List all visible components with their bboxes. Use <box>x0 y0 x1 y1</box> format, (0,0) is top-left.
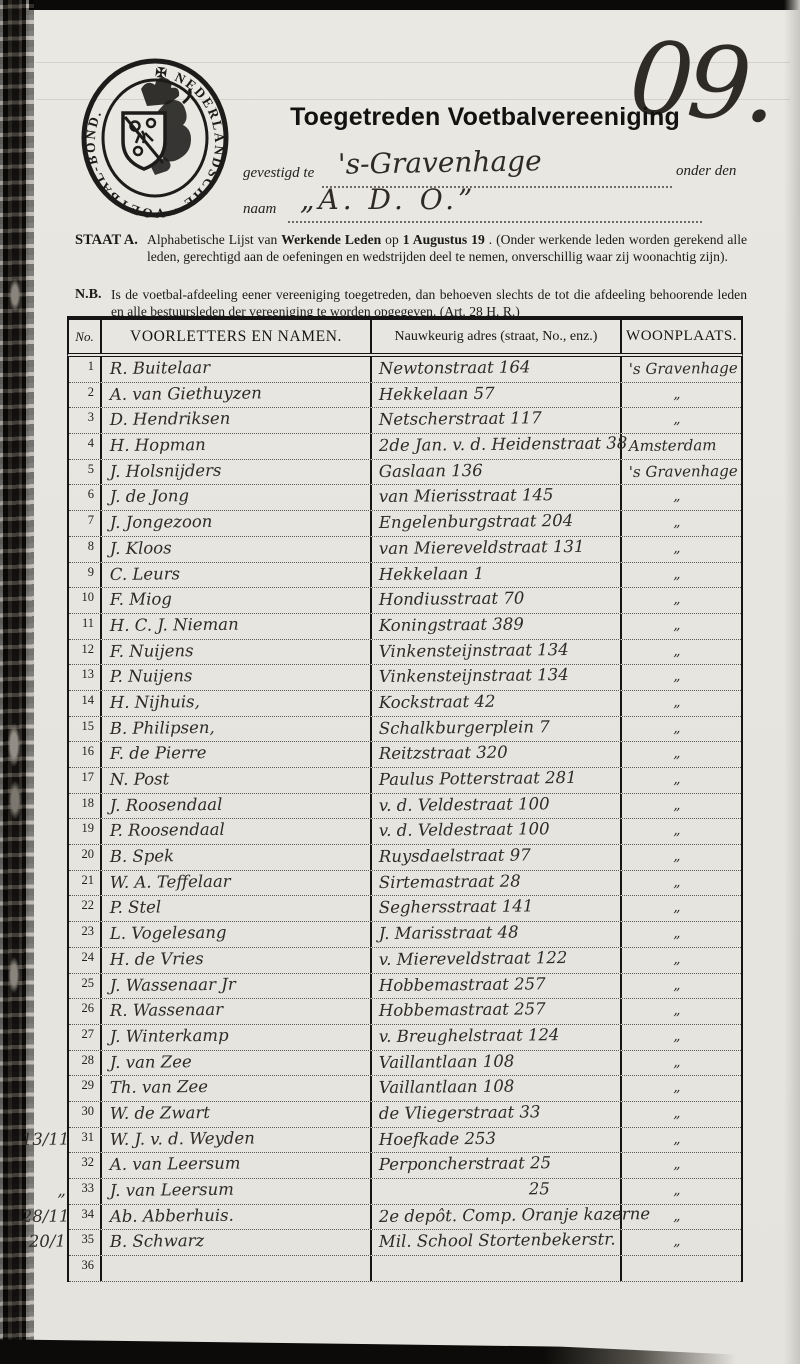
member-address: van Mierisstraat 145 <box>379 483 620 510</box>
member-address: Hobbemastraat 257 <box>379 971 620 998</box>
column-header-names: VOORLETTERS EN NAMEN. <box>102 320 372 353</box>
table-row: 25 J. Wassenaar Jr Hobbemastraat 257 „ <box>69 974 741 1000</box>
member-place: „ <box>629 1024 741 1049</box>
member-address: v. Miereveldstraat 122 <box>379 945 620 972</box>
member-place: „ <box>629 484 741 509</box>
table-body: 1 R. Buitelaar Newtonstraat 164 's Grave… <box>67 357 743 1282</box>
nvb-seal-stamp: ✠ NEDERLANDSCHE · VOETBAL-BOND. <box>79 57 231 220</box>
row-number: 20 <box>69 845 102 870</box>
member-name: W. de Zwart <box>110 1099 370 1126</box>
member-name: J. Winterkamp <box>110 1022 370 1049</box>
table-row: 30 W. de Zwart de Vliegerstraat 33 „ <box>69 1102 741 1128</box>
staat-a-paragraph: STAAT A. Alphabetische Lijst van Werkend… <box>75 231 747 266</box>
member-place: „ <box>629 613 741 638</box>
margin-date-note: 28/11 <box>22 1204 66 1228</box>
table-row: 36 <box>69 1256 741 1282</box>
row-number: 8 <box>69 537 102 562</box>
member-address: Perponcherstraat 25 <box>379 1151 620 1178</box>
table-row: 3 D. Hendriksen Netscherstraat 117 „ <box>69 408 741 434</box>
member-place: „ <box>629 1049 741 1074</box>
dotted-blank-line <box>288 221 702 223</box>
table-row: 19 P. Roosendaal v. d. Veldestraat 100 „ <box>69 819 741 845</box>
member-name: F. Nuijens <box>110 637 370 664</box>
member-name: B. Spek <box>110 842 370 869</box>
table-row: 12 F. Nuijens Vinkensteijnstraat 134 „ <box>69 640 741 666</box>
member-place: Amsterdam <box>629 433 741 458</box>
row-number: 17 <box>69 768 102 793</box>
member-address: Mil. School Stortenbekerstr. <box>379 1228 620 1255</box>
member-place: „ <box>629 870 741 895</box>
member-address: Hondiusstraat 70 <box>379 586 620 613</box>
table-row: „ 33 J. van Leersum 25 „ <box>69 1179 741 1205</box>
member-address: Gaslaan 136 <box>379 457 620 484</box>
column-header-no: No. <box>69 320 102 353</box>
member-address: Vaillantlaan 108 <box>379 1074 620 1101</box>
member-address: Hoefkade 253 <box>379 1125 620 1152</box>
row-number: 27 <box>69 1025 102 1050</box>
column-header-place: WOONPLAATS. <box>622 320 741 353</box>
members-table: No. VOORLETTERS EN NAMEN. Nauwkeurig adr… <box>67 316 743 1282</box>
member-place: „ <box>629 741 741 766</box>
member-place: „ <box>629 1126 741 1151</box>
table-row: 11 H. C. J. Nieman Koningstraat 389 „ <box>69 614 741 640</box>
member-name: J. van Leersum <box>110 1176 370 1203</box>
column-header-address: Nauwkeurig adres (straat, No., enz.) <box>372 320 622 353</box>
member-name: R. Buitelaar <box>110 354 370 381</box>
staat-a-bold-part: 1 Augustus 19 <box>403 232 485 247</box>
table-row: 21 W. A. Teffelaar Sirtemastraat 28 „ <box>69 871 741 897</box>
member-name: H. Hopman <box>110 431 370 458</box>
member-address: Netscherstraat 117 <box>379 406 620 433</box>
member-address: Hekkelaan 1 <box>379 560 620 587</box>
row-number: 2 <box>69 383 102 408</box>
table-row: 16 F. de Pierre Reitzstraat 320 „ <box>69 742 741 768</box>
handwritten-club-name: „A. D. O.” <box>300 183 476 216</box>
table-row: 2 A. van Giethuyzen Hekkelaan 57 „ <box>69 383 741 409</box>
table-row: 22 P. Stel Seghersstraat 141 „ <box>69 896 741 922</box>
table-row: 13/11 31 W. J. v. d. Weyden Hoefkade 253… <box>69 1128 741 1154</box>
member-address: Vinkensteijnstraat 134 <box>379 637 620 664</box>
row-number: 34 <box>69 1205 102 1230</box>
member-name: W. A. Teffelaar <box>110 868 370 895</box>
member-address: Paulus Potterstraat 281 <box>379 765 620 792</box>
member-address: 2e depôt. Comp. Oranje kazerne <box>379 1202 620 1229</box>
row-number: 7 <box>69 511 102 536</box>
row-number: 29 <box>69 1076 102 1101</box>
row-number: 15 <box>69 717 102 742</box>
table-row: 24 H. de Vries v. Miereveldstraat 122 „ <box>69 948 741 974</box>
member-name: B. Schwarz <box>110 1228 370 1255</box>
member-address: Hekkelaan 57 <box>379 380 620 407</box>
row-number: 4 <box>69 434 102 459</box>
member-address: v. d. Veldestraat 100 <box>379 817 620 844</box>
row-number: 3 <box>69 408 102 433</box>
table-row: 17 N. Post Paulus Potterstraat 281 „ <box>69 768 741 794</box>
member-place: „ <box>629 921 741 946</box>
row-number: 6 <box>69 485 102 510</box>
member-name: J. de Jong <box>110 483 370 510</box>
table-row: 13 P. Nuijens Vinkensteijnstraat 134 „ <box>69 665 741 691</box>
member-name: W. J. v. d. Weyden <box>110 1125 370 1152</box>
member-address: J. Marisstraat 48 <box>379 920 620 947</box>
staat-a-bold-part: Werkende Leden <box>281 232 381 247</box>
scanned-ledger-page: { "page": { "corner_number": "09.", "tit… <box>0 0 800 1364</box>
table-row: 28/11 34 Ab. Abberhuis. 2e depôt. Comp. … <box>69 1205 741 1231</box>
member-name: D. Hendriksen <box>110 406 370 433</box>
member-name: J. van Zee <box>110 1048 370 1075</box>
member-name: Th. van Zee <box>110 1074 370 1101</box>
row-number: 28 <box>69 1051 102 1076</box>
table-row: 6 J. de Jong van Mierisstraat 145 „ <box>69 485 741 511</box>
member-place: „ <box>629 947 741 972</box>
member-place: „ <box>629 818 741 843</box>
row-number: 33 <box>69 1179 102 1204</box>
row-number: 10 <box>69 588 102 613</box>
row-number: 13 <box>69 665 102 690</box>
table-row: 5 J. Holsnijders Gaslaan 136 's Gravenha… <box>69 460 741 486</box>
member-place: „ <box>629 510 741 535</box>
table-row: 1 R. Buitelaar Newtonstraat 164 's Grave… <box>69 357 741 383</box>
table-row: 23 L. Vogelesang J. Marisstraat 48 „ <box>69 922 741 948</box>
member-address: Hobbemastraat 257 <box>379 997 620 1024</box>
onder-den-label: onder den <box>676 163 736 180</box>
member-place: „ <box>629 536 741 561</box>
member-address: Schalkburgerplein 7 <box>379 714 620 741</box>
member-address: Ruysdaelstraat 97 <box>379 843 620 870</box>
member-name: H. C. J. Nieman <box>110 611 370 638</box>
member-place: 's Gravenhage <box>629 459 741 484</box>
row-number: 36 <box>69 1256 102 1281</box>
member-name: A. van Leersum <box>110 1151 370 1178</box>
member-place: „ <box>629 638 741 663</box>
member-place: „ <box>629 1204 741 1229</box>
member-name: P. Roosendaal <box>110 817 370 844</box>
member-name: J. Kloos <box>110 534 370 561</box>
member-name: J. Holsnijders <box>110 457 370 484</box>
member-address: Koningstraat 389 <box>379 611 620 638</box>
table-row: 20 B. Spek Ruysdaelstraat 97 „ <box>69 845 741 871</box>
member-address: Newtonstraat 164 <box>379 354 620 381</box>
member-name: F. Miog <box>110 585 370 612</box>
member-name: J. Jongezoon <box>110 508 370 535</box>
member-place: „ <box>629 1101 741 1126</box>
handwritten-city: 's-Gravenhage <box>338 144 542 181</box>
margin-date-note: 20/1 <box>22 1230 66 1254</box>
table-row: 26 R. Wassenaar Hobbemastraat 257 „ <box>69 999 741 1025</box>
member-name: Ab. Abberhuis. <box>110 1202 370 1229</box>
gevestigd-te-label: gevestigd te <box>243 165 314 182</box>
member-address: Sirtemastraat 28 <box>379 868 620 895</box>
seal-emblem-graphic: ✠ NEDERLANDSCHE · VOETBAL-BOND. <box>79 57 231 220</box>
table-row: 7 J. Jongezoon Engelenburgstraat 204 „ <box>69 511 741 537</box>
member-address: Reitzstraat 320 <box>379 740 620 767</box>
member-place: „ <box>629 1075 741 1100</box>
member-address: van Miereveldstraat 131 <box>379 534 620 561</box>
member-name: L. Vogelesang <box>110 919 370 946</box>
table-row: 10 F. Miog Hondiusstraat 70 „ <box>69 588 741 614</box>
member-name: B. Philipsen, <box>110 714 370 741</box>
member-place: „ <box>629 1152 741 1177</box>
member-address: v. Breughelstraat 124 <box>379 1022 620 1049</box>
member-place: „ <box>629 587 741 612</box>
member-place: „ <box>629 715 741 740</box>
table-row: 27 J. Winterkamp v. Breughelstraat 124 „ <box>69 1025 741 1051</box>
member-place: „ <box>629 1229 741 1254</box>
table-row: 14 H. Nijhuis, Kockstraat 42 „ <box>69 691 741 717</box>
table-row: 18 J. Roosendaal v. d. Veldestraat 100 „ <box>69 794 741 820</box>
row-number: 11 <box>69 614 102 639</box>
scan-right-edge <box>784 0 800 1364</box>
row-number: 24 <box>69 948 102 973</box>
book-binding <box>0 0 34 1364</box>
member-name: P. Stel <box>110 894 370 921</box>
scan-bottom-edge <box>0 1334 800 1364</box>
row-number: 21 <box>69 871 102 896</box>
row-number: 25 <box>69 974 102 999</box>
member-name: N. Post <box>110 765 370 792</box>
row-number: 16 <box>69 742 102 767</box>
staat-a-text: Alphabetische Lijst van Werkende Leden o… <box>147 231 747 266</box>
member-address: Seghersstraat 141 <box>379 894 620 921</box>
member-name: H. Nijhuis, <box>110 688 370 715</box>
member-name: R. Wassenaar <box>110 996 370 1023</box>
member-name: F. de Pierre <box>110 740 370 767</box>
member-place: „ <box>629 382 741 407</box>
member-place: „ <box>629 895 741 920</box>
member-place: „ <box>629 793 741 818</box>
naam-label: naam <box>243 201 276 218</box>
member-address: Vaillantlaan 108 <box>379 1048 620 1075</box>
member-place: „ <box>629 561 741 586</box>
row-number: 19 <box>69 819 102 844</box>
table-row: 15 B. Philipsen, Schalkburgerplein 7 „ <box>69 717 741 743</box>
member-place: „ <box>629 690 741 715</box>
member-place: „ <box>629 998 741 1023</box>
member-address: Vinkensteijnstraat 134 <box>379 663 620 690</box>
member-address: 25 <box>379 1176 620 1203</box>
member-place: „ <box>629 767 741 792</box>
handwritten-page-number: 09. <box>626 13 785 153</box>
row-number: 12 <box>69 640 102 665</box>
table-row: 9 C. Leurs Hekkelaan 1 „ <box>69 563 741 589</box>
row-number: 9 <box>69 563 102 588</box>
table-header-row: No. VOORLETTERS EN NAMEN. Nauwkeurig adr… <box>67 320 743 357</box>
scan-top-edge <box>0 0 800 10</box>
member-place: „ <box>629 972 741 997</box>
table-row: 32 A. van Leersum Perponcherstraat 25 „ <box>69 1153 741 1179</box>
form-title: Toegetreden Voetbalvereeniging <box>250 103 720 132</box>
row-number: 14 <box>69 691 102 716</box>
table-row: 4 H. Hopman 2de Jan. v. d. Heidenstraat … <box>69 434 741 460</box>
row-number: 1 <box>69 357 102 382</box>
table-row: 29 Th. van Zee Vaillantlaan 108 „ <box>69 1076 741 1102</box>
member-name: J. Roosendaal <box>110 791 370 818</box>
row-number: 5 <box>69 460 102 485</box>
member-place: „ <box>629 407 741 432</box>
row-number: 32 <box>69 1153 102 1178</box>
member-place: „ <box>629 844 741 869</box>
row-number: 22 <box>69 896 102 921</box>
row-number: 23 <box>69 922 102 947</box>
row-number: 31 <box>69 1128 102 1153</box>
member-name: C. Leurs <box>110 560 370 587</box>
member-address: v. d. Veldestraat 100 <box>379 791 620 818</box>
row-number: 30 <box>69 1102 102 1127</box>
staat-a-label: STAAT A. <box>75 231 147 266</box>
row-number: 18 <box>69 794 102 819</box>
margin-date-note: 13/11 <box>22 1127 66 1151</box>
row-number: 26 <box>69 999 102 1024</box>
table-row: 20/1 35 B. Schwarz Mil. School Stortenbe… <box>69 1230 741 1256</box>
member-place: 's Gravenhage <box>629 356 741 381</box>
member-address: Engelenburgstraat 204 <box>379 509 620 536</box>
member-address: 2de Jan. v. d. Heidenstraat 38 <box>379 432 620 459</box>
member-address: de Vliegerstraat 33 <box>379 1099 620 1126</box>
table-row: 28 J. van Zee Vaillantlaan 108 „ <box>69 1051 741 1077</box>
table-row: 8 J. Kloos van Miereveldstraat 131 „ <box>69 537 741 563</box>
member-place: „ <box>629 1178 741 1203</box>
row-number: 35 <box>69 1230 102 1255</box>
staat-a-text-part: Alphabetische Lijst van <box>147 232 281 247</box>
margin-date-note: „ <box>22 1179 66 1203</box>
staat-a-text-part: op <box>381 232 403 247</box>
member-name: H. de Vries <box>110 945 370 972</box>
member-name: A. van Giethuyzen <box>110 380 370 407</box>
member-name: P. Nuijens <box>110 663 370 690</box>
member-place: „ <box>629 664 741 689</box>
member-name: J. Wassenaar Jr <box>110 971 370 998</box>
member-address: Kockstraat 42 <box>379 688 620 715</box>
